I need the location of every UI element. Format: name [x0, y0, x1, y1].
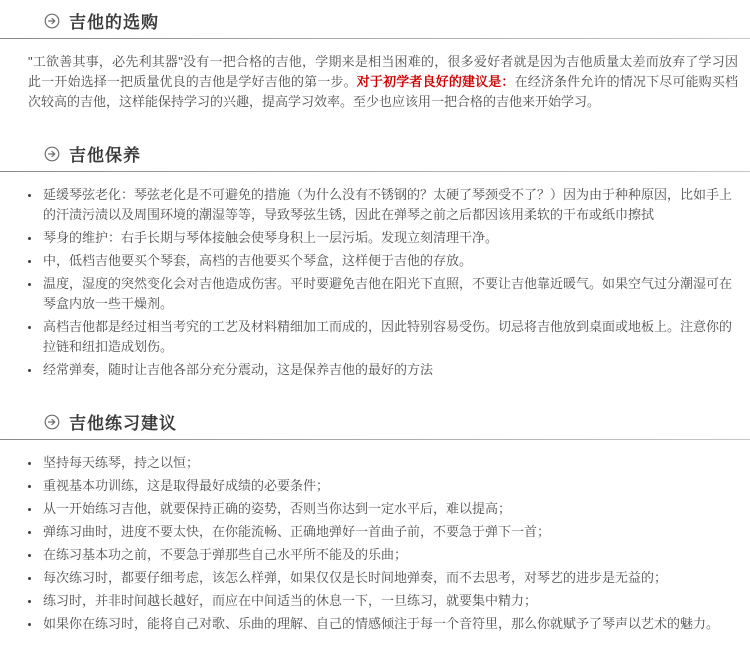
list-item: 延缓琴弦老化：琴弦老化是不可避免的措施（为什么没有不锈钢的？太硬了琴颈受不了？）… — [41, 185, 740, 225]
section-title: 吉他的选购 — [69, 8, 159, 33]
section-heading: 吉他保养 — [0, 133, 750, 171]
section-title: 吉他练习建议 — [69, 409, 177, 434]
list-item: 高档吉他都是经过相当考究的工艺及材料精细加工而成的，因此特别容易受伤。切忌将吉他… — [41, 317, 740, 357]
section-practice-advice: 吉他练习建议 坚持每天练琴，持之以恒；重视基本功训练，这是取得最好成绩的必要条件… — [0, 401, 750, 634]
list-item: 重视基本功训练，这是取得最好成绩的必要条件； — [41, 476, 740, 496]
divider — [0, 38, 750, 39]
circle-arrow-right-icon — [44, 414, 60, 430]
highlight-text: 对于初学者良好的建议是： — [357, 74, 515, 89]
section-guitar-maintenance: 吉他保养 延缓琴弦老化：琴弦老化是不可避免的措施（为什么没有不锈钢的？太硬了琴颈… — [0, 133, 750, 380]
guitar-article: 吉他的选购 "工欲善其事，必先利其器"没有一把合格的吉他，学期来是相当困难的，很… — [0, 0, 750, 634]
section-heading: 吉他练习建议 — [0, 401, 750, 439]
section-title: 吉他保养 — [69, 141, 141, 166]
list-item: 每次练习时，都要仔细考虑，该怎么样弹，如果仅仅是长时间地弹奏，而不去思考，对琴艺… — [41, 568, 740, 588]
list-item: 练习时，并非时间越长越好，而应在中间适当的休息一下，一旦练习，就要集中精力； — [41, 591, 740, 611]
practice-advice-list: 坚持每天练琴，持之以恒；重视基本功训练，这是取得最好成绩的必要条件；从一开始练习… — [28, 453, 740, 634]
list-item: 弹练习曲时，进度不要太快，在你能流畅、正确地弹好一首曲子前，不要急于弹下一首； — [41, 522, 740, 542]
list-item: 在练习基本功之前，不要急于弹那些自己水平所不能及的乐曲； — [41, 545, 740, 565]
list-item: 温度，湿度的突然变化会对吉他造成伤害。平时要避免吉他在阳光下直照，不要让吉他靠近… — [41, 274, 740, 314]
intro-paragraph: "工欲善其事，必先利其器"没有一把合格的吉他，学期来是相当困难的，很多爱好者就是… — [28, 52, 738, 112]
section-heading: 吉他的选购 — [0, 0, 750, 38]
list-item: 从一开始练习吉他，就要保持正确的姿势，否则当你达到一定水平后，难以提高； — [41, 499, 740, 519]
circle-arrow-right-icon — [44, 13, 60, 29]
list-item: 中，低档吉他要买个琴套，高档的吉他要买个琴盒，这样便于吉他的存放。 — [41, 251, 740, 271]
list-item: 坚持每天练琴，持之以恒； — [41, 453, 740, 473]
section-guitar-selection: 吉他的选购 "工欲善其事，必先利其器"没有一把合格的吉他，学期来是相当困难的，很… — [0, 0, 750, 112]
maintenance-tips-list: 延缓琴弦老化：琴弦老化是不可避免的措施（为什么没有不锈钢的？太硬了琴颈受不了？）… — [28, 185, 740, 380]
list-item: 经常弹奏，随时让吉他各部分充分震动，这是保养吉他的最好的方法 — [41, 360, 740, 380]
circle-arrow-right-icon — [44, 146, 60, 162]
list-item: 如果你在练习时，能将自己对歌、乐曲的理解、自己的情感倾注于每一个音符里，那么你就… — [41, 614, 740, 634]
divider — [0, 439, 750, 440]
divider — [0, 171, 750, 172]
list-item: 琴身的维护：右手长期与琴体接触会使琴身积上一层污垢。发现立刻清理干净。 — [41, 228, 740, 248]
